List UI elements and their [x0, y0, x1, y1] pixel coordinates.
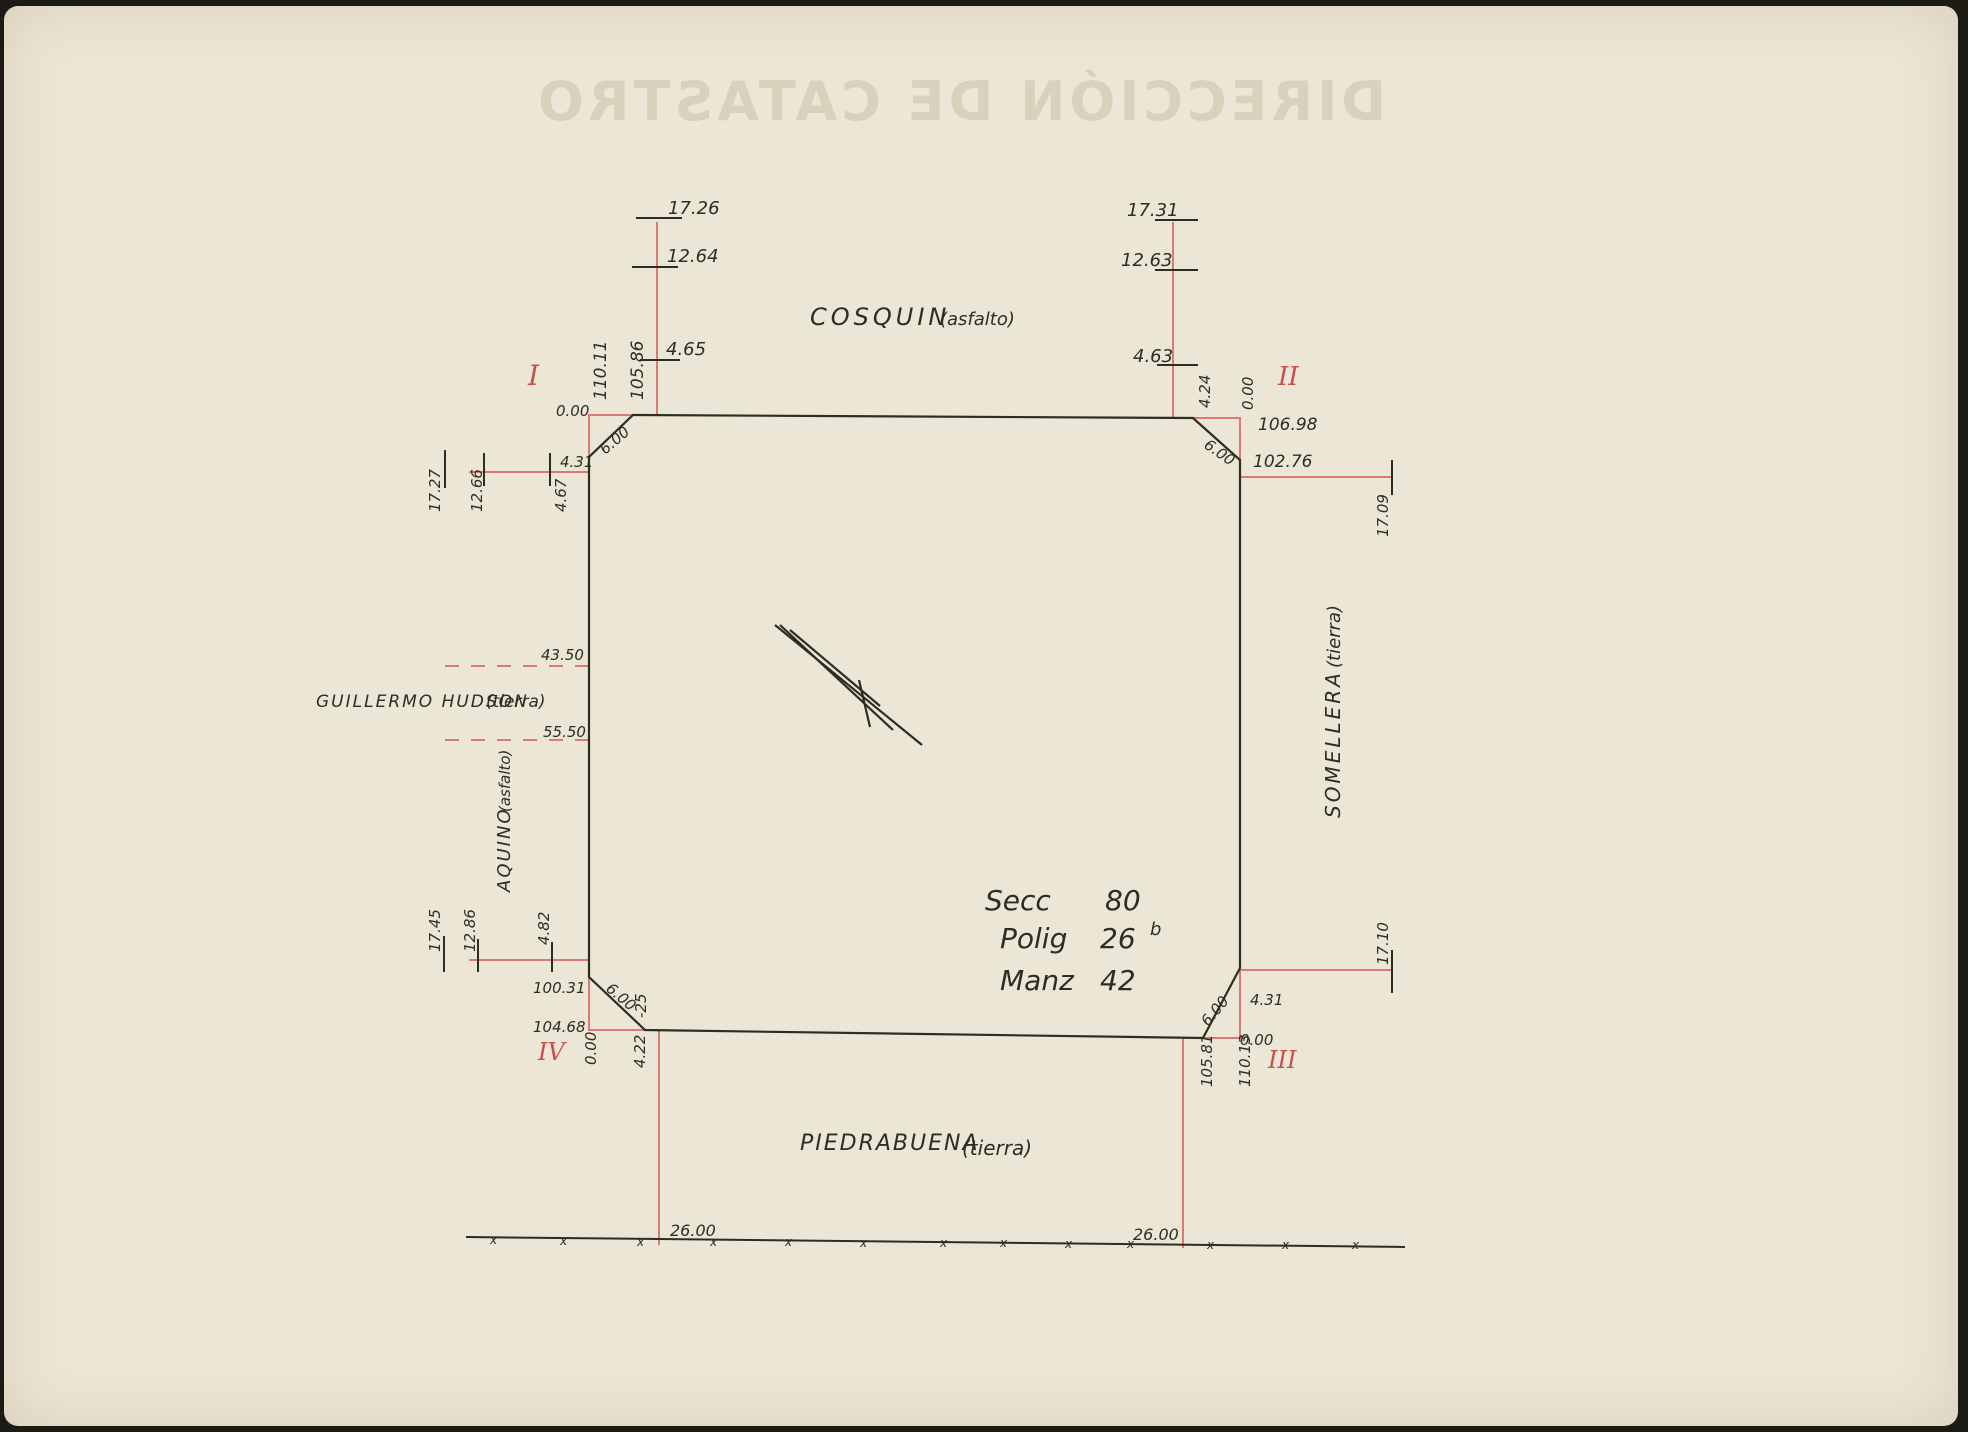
- scanned-sheet: DIRECCIÓN DE CATASTRO: [0, 0, 1968, 1432]
- svg-text:x: x: [1351, 1238, 1360, 1252]
- svg-text:x: x: [636, 1235, 645, 1249]
- west-mark-lower: 55.50: [543, 723, 586, 741]
- svg-text:x: x: [1206, 1238, 1215, 1252]
- south-line-left: 26.00: [670, 1221, 716, 1240]
- svg-text:4.67: 4.67: [552, 478, 570, 512]
- svg-text:0.00: 0.00: [582, 1032, 600, 1065]
- svg-text:4.82: 4.82: [535, 912, 553, 945]
- svg-text:4.65: 4.65: [666, 339, 706, 360]
- svg-text:4.31: 4.31: [1250, 991, 1283, 1009]
- street-west: AQUINO: [494, 807, 515, 893]
- svg-text:110.11: 110.11: [591, 341, 611, 400]
- svg-text:102.76: 102.76: [1253, 452, 1313, 472]
- svg-text:4.22: 4.22: [631, 1035, 649, 1068]
- south-line-right: 26.00: [1133, 1225, 1179, 1244]
- svg-text:80: 80: [1105, 884, 1141, 917]
- svg-text:6.00: 6.00: [1201, 436, 1239, 470]
- svg-text:12.66: 12.66: [468, 469, 486, 512]
- svg-text:0.00: 0.00: [556, 402, 589, 420]
- street-west-surface: (asfalto): [496, 750, 514, 812]
- svg-text:17.10: 17.10: [1374, 922, 1392, 965]
- svg-text:106.98: 106.98: [1258, 415, 1318, 435]
- street-south: PIEDRABUENA: [800, 1131, 980, 1156]
- svg-text:x: x: [1281, 1238, 1290, 1252]
- svg-text:12.64: 12.64: [667, 246, 719, 267]
- street-east: SOMELLERA: [1321, 670, 1345, 818]
- svg-text:x: x: [784, 1235, 793, 1249]
- corner-I-measures: 0.00 4.31 6.00 110.11 105.86: [556, 340, 648, 471]
- svg-text:6.00: 6.00: [596, 423, 633, 458]
- svg-text:12.86: 12.86: [461, 909, 479, 952]
- block-identifier: Secc 80 Polig 26 b Manz 42: [985, 884, 1161, 997]
- svg-text:110.13: 110.13: [1236, 1035, 1254, 1088]
- north-offsets: 17.26 12.64 4.65 17.31 12.63 4.63: [666, 198, 1179, 367]
- svg-text:0.00: 0.00: [1239, 377, 1257, 410]
- corner-label-III: III: [1267, 1046, 1297, 1074]
- street-north: COSQUIN: [810, 303, 950, 331]
- svg-text:x: x: [999, 1236, 1008, 1250]
- corner-label-IV: IV: [537, 1038, 567, 1066]
- svg-text:x: x: [489, 1233, 498, 1247]
- red-reference-lines: [445, 222, 1392, 1248]
- street-east-surface: (tierra): [1324, 605, 1345, 668]
- svg-text:x: x: [559, 1234, 568, 1248]
- svg-text:17.09: 17.09: [1374, 494, 1392, 537]
- north-arrow-icon: [775, 625, 922, 745]
- west-top-offsets: 17.27 12.66 4.67: [426, 469, 570, 512]
- cadastral-plan: DIRECCIÓN DE CATASTRO: [0, 0, 1968, 1432]
- svg-text:Polig: Polig: [1000, 922, 1067, 955]
- svg-text:4.63: 4.63: [1133, 346, 1173, 367]
- block-outline: [589, 415, 1240, 1038]
- svg-text:x: x: [1064, 1237, 1073, 1251]
- svg-text:17.27: 17.27: [426, 469, 444, 512]
- svg-text:-25: -25: [632, 994, 650, 1019]
- svg-text:x: x: [939, 1236, 948, 1250]
- watermark-text: DIRECCIÓN DE CATASTRO: [534, 70, 1386, 133]
- svg-text:100.31: 100.31: [533, 979, 586, 997]
- street-west-cross-surface: (tierra): [486, 692, 546, 712]
- street-south-surface: (tierra): [962, 1136, 1032, 1160]
- svg-text:12.63: 12.63: [1121, 250, 1173, 271]
- corner-label-II: II: [1277, 362, 1299, 392]
- svg-text:6.00: 6.00: [1197, 992, 1232, 1029]
- svg-text:b: b: [1150, 919, 1161, 940]
- svg-text:4.24: 4.24: [1196, 375, 1214, 408]
- corner-label-I: I: [527, 359, 540, 392]
- west-mark-upper: 43.50: [541, 646, 584, 664]
- svg-text:105.86: 105.86: [628, 340, 648, 400]
- svg-text:4.31: 4.31: [560, 453, 593, 471]
- svg-text:104.68: 104.68: [533, 1018, 586, 1036]
- svg-text:26: 26: [1100, 922, 1136, 955]
- svg-text:105.81: 105.81: [1198, 1035, 1216, 1088]
- svg-text:17.45: 17.45: [426, 909, 444, 952]
- corner-II-measures: 4.24 0.00 106.98 102.76 6.00: [1196, 375, 1318, 472]
- east-offsets: 17.09 17.10: [1374, 494, 1392, 965]
- svg-text:Secc: Secc: [985, 884, 1051, 917]
- street-north-surface: (asfalto): [940, 309, 1015, 330]
- svg-text:x: x: [859, 1236, 868, 1250]
- west-bottom-offsets: 17.45 12.86 4.82: [426, 909, 553, 952]
- svg-text:42: 42: [1100, 964, 1136, 997]
- svg-text:17.26: 17.26: [668, 198, 720, 219]
- svg-text:17.31: 17.31: [1127, 200, 1179, 221]
- svg-text:Manz: Manz: [1000, 964, 1075, 997]
